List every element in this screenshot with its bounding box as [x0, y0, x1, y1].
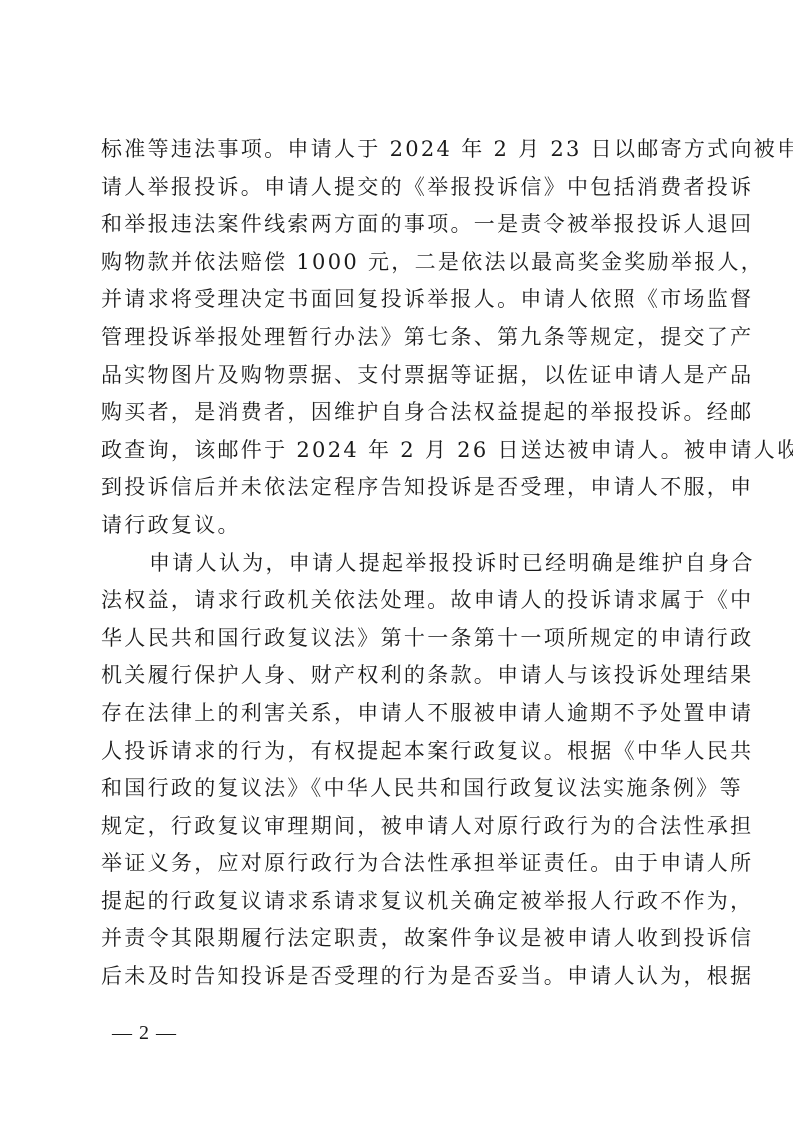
text-line: 到投诉信后并未依法定程序告知投诉是否受理，申请人不服，申 [101, 469, 687, 507]
text-line: 规定，行政复议审理期间，被申请人对原行政行为的合法性承担 [101, 808, 687, 846]
text-line: 和国行政的复议法》《中华人民共和国行政复议法实施条例》等 [101, 770, 687, 808]
text-line: 请人举报投诉。申请人提交的《举报投诉信》中包括消费者投诉 [101, 169, 687, 207]
text-line: 标准等违法事项。申请人于 2024 年 2 月 23 日以邮寄方式向被申 [101, 131, 687, 169]
text-line: 管理投诉举报处理暂行办法》第七条、第九条等规定，提交了产 [101, 319, 687, 357]
text-line: 机关履行保护人身、财产权利的条款。申请人与该投诉处理结果 [101, 657, 687, 695]
text-line: 品实物图片及购物票据、支付票据等证据，以佐证申请人是产品 [101, 357, 687, 395]
page-number: — 2 — [112, 1022, 177, 1045]
text-line: 政查询，该邮件于 2024 年 2 月 26 日送达被申请人。被申请人收 [101, 432, 687, 470]
text-line: 举证义务，应对原行政行为合法性承担举证责任。由于申请人所 [101, 845, 687, 883]
text-line: 和举报违法案件线索两方面的事项。一是责令被举报投诉人退回 [101, 206, 687, 244]
text-line: 后未及时告知投诉是否受理的行为是否妥当。申请人认为，根据 [101, 958, 687, 996]
text-line: 请行政复议。 [101, 507, 687, 545]
text-line: 购物款并依法赔偿 1000 元，二是依法以最高奖金奖励举报人， [101, 244, 687, 282]
document-page: 标准等违法事项。申请人于 2024 年 2 月 23 日以邮寄方式向被申 请人举… [0, 0, 793, 1122]
paragraph-first-line: 申请人认为，申请人提起举报投诉时已经明确是维护自身合 [101, 545, 687, 583]
body-text: 标准等违法事项。申请人于 2024 年 2 月 23 日以邮寄方式向被申 请人举… [101, 131, 687, 996]
text-line: 华人民共和国行政复议法》第十一条第十一项所规定的申请行政 [101, 620, 687, 658]
text-line: 购买者，是消费者，因维护自身合法权益提起的举报投诉。经邮 [101, 394, 687, 432]
text-line: 并请求将受理决定书面回复投诉举报人。申请人依照《市场监督 [101, 281, 687, 319]
text-line: 提起的行政复议请求系请求复议机关确定被举报人行政不作为， [101, 883, 687, 921]
text-line: 存在法律上的利害关系，申请人不服被申请人逾期不予处置申请 [101, 695, 687, 733]
text-line: 并责令其限期履行法定职责，故案件争议是被申请人收到投诉信 [101, 920, 687, 958]
text-line: 法权益，请求行政机关依法处理。故申请人的投诉请求属于《中 [101, 582, 687, 620]
text-line: 人投诉请求的行为，有权提起本案行政复议。根据《中华人民共 [101, 733, 687, 771]
